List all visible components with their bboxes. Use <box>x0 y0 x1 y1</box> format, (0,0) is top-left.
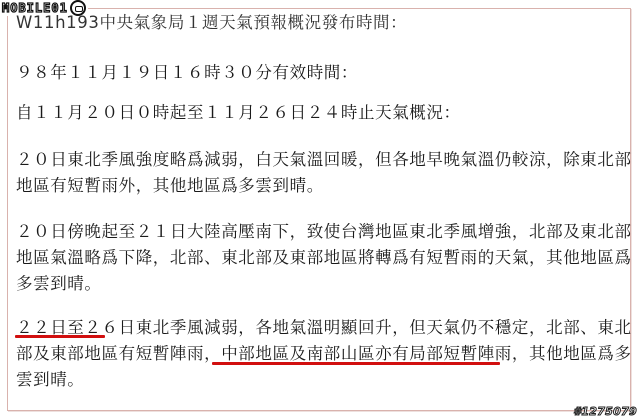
paragraph-2-line-1: ２０日傍晚起至２１日大陸高壓南下，致使台灣地區東北季風增強，北部及東北部 <box>16 222 632 242</box>
paragraph-1-line-1: ２０日東北季風強度略爲減弱，白天氣溫回暖，但各地早晚氣溫仍較涼，除東北部 <box>16 150 632 170</box>
paragraph-2-line-3: 多雲到晴。 <box>16 274 102 294</box>
forecast-header: W11h193中央氣象局１週天氣預報概況發布時間： <box>16 13 407 33</box>
valid-time-line: ９８年１１月１９日１６時３０分有效時間： <box>16 63 358 83</box>
paragraph-1-line-2: 地區有短暫雨外，其他地區爲多雲到晴。 <box>16 176 324 196</box>
post-id-watermark: #1275079 <box>573 405 637 418</box>
paragraph-3-line-2: 部及東部地區有短暫陣雨，中部地區及南部山區亦有局部短暫陣雨，其他地區爲多 <box>16 344 632 364</box>
paragraph-2-line-2: 地區氣溫略爲下降，北部、東北部及東部地區將轉爲有短暫雨的天氣，其他地區爲 <box>16 248 632 268</box>
forecast-period-line: 自１１月２０日０時起至１１月２６日２４時止天氣概況： <box>16 103 461 123</box>
paragraph-3-line-3: 雲到晴。 <box>16 370 84 390</box>
highlight-underline-dates <box>15 335 105 338</box>
paragraph-3-line-1: ２２日至２６日東北季風減弱，各地氣溫明顯回升，但天氣仍不穩定，北部、東北 <box>16 318 632 338</box>
highlight-underline-central-south <box>212 362 500 365</box>
